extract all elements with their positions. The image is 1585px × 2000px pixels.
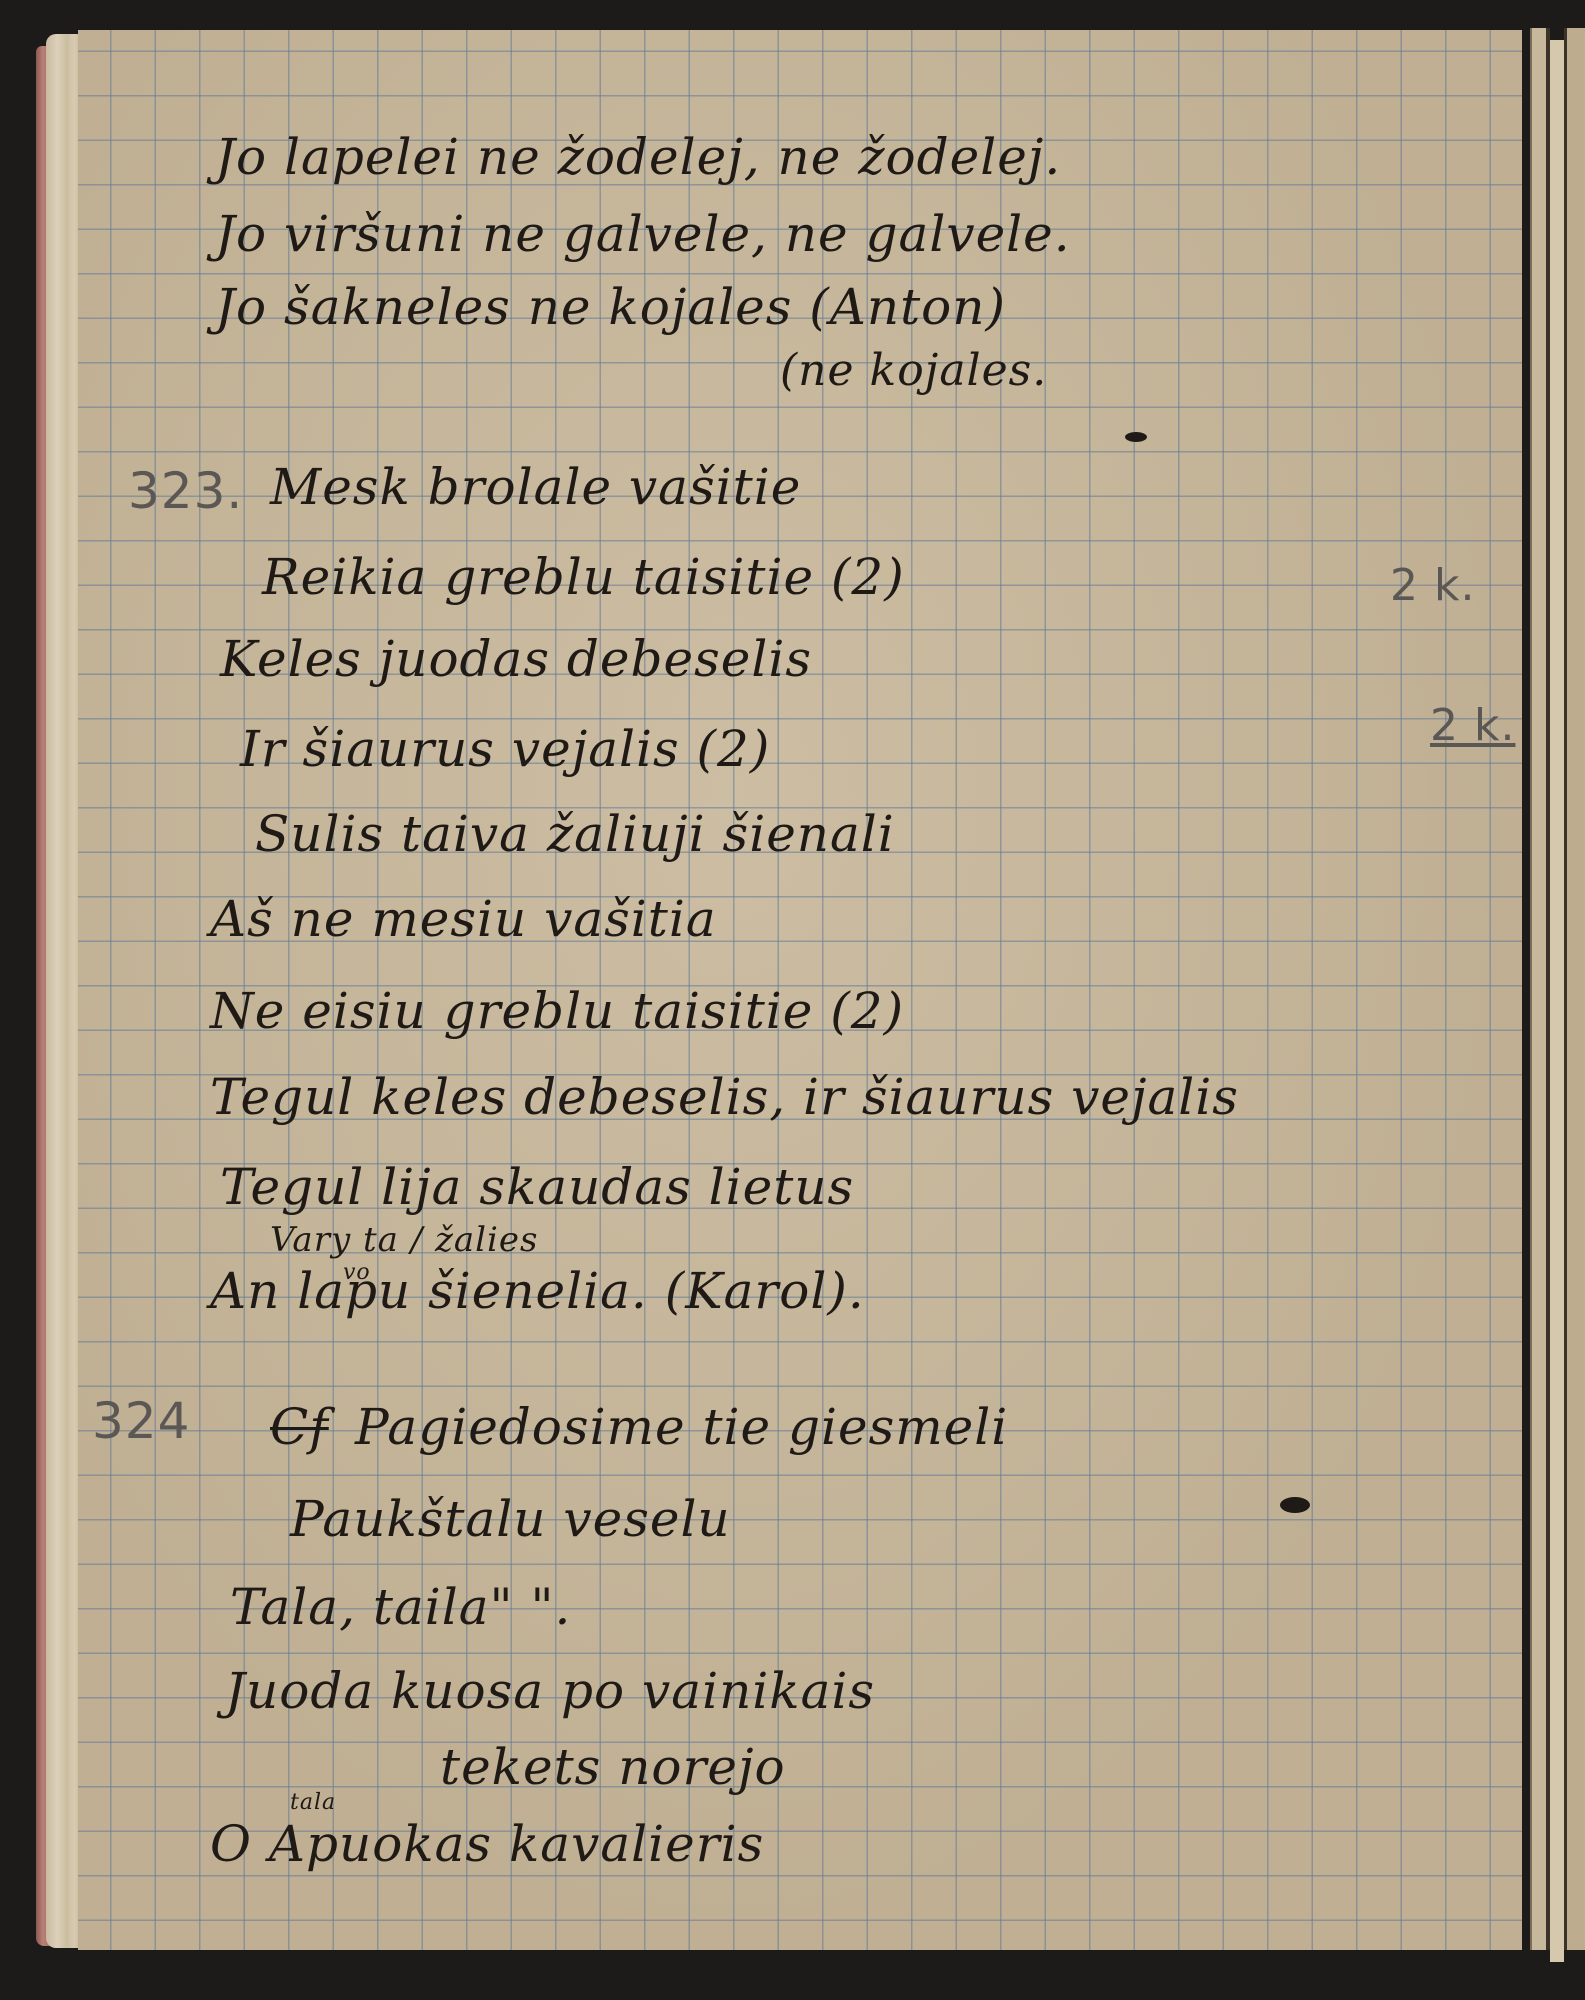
verse-line: Sulis taiva žaliuji šienali [255,805,895,863]
superscript-correction: tala [290,1790,336,1815]
verse-line: Pagiedosime tie giesmeli [355,1398,1008,1456]
verse-line: Jo šakneles ne kojales (Anton) [215,278,1006,336]
verse-line: Keles juodas debeselis [220,630,812,688]
verse-line: Tegul keles debeselis, ir šiaurus vejali… [210,1068,1239,1126]
verse-line: Jo viršuni ne galvele, ne galvele. [215,205,1071,263]
verse-line: O Apuokas kavalieris [210,1815,764,1873]
margin-note: 2 k. [1390,560,1475,611]
song-number: 323. [128,462,243,520]
struck-text: Cf [270,1398,329,1456]
verse-line: Paukštalu veselu [290,1490,731,1548]
margin-note: 2 k. [1430,700,1515,751]
song-number: 324 [92,1392,190,1450]
ink-blot [1125,432,1147,442]
verse-line: Aš ne mesiu vašitia [210,890,717,948]
binding-strip [1567,28,1585,1950]
ink-blot [1280,1497,1310,1513]
binding-strip [1530,28,1546,1950]
verse-line: Ne eisiu greblu taisitie (2) [210,982,904,1040]
interlinear-note: Vary ta / žalies [270,1220,538,1260]
correction-note: (ne kojales. [780,345,1047,396]
verse-line: Reikia greblu taisitie (2) [262,548,905,606]
scanned-notebook-page: Jo lapelei ne žodelej, ne žodelej. Jo vi… [0,0,1585,2000]
verse-line: An lapu šienelia. (Karol). [210,1262,865,1320]
verse-line: Tala, taila" ". [230,1578,571,1636]
verse-line: Ir šiaurus vejalis (2) [240,720,770,778]
verse-line: Jo lapelei ne žodelej, ne žodelej. [215,128,1061,186]
verse-line: tekets norejo [440,1738,786,1796]
binding-strip [1550,40,1564,1962]
verse-line: Juoda kuosa po vainikais [225,1662,875,1720]
verse-line: Mesk brolale vašitie [270,458,801,516]
verse-line: Tegul lija skaudas lietus [220,1158,854,1216]
